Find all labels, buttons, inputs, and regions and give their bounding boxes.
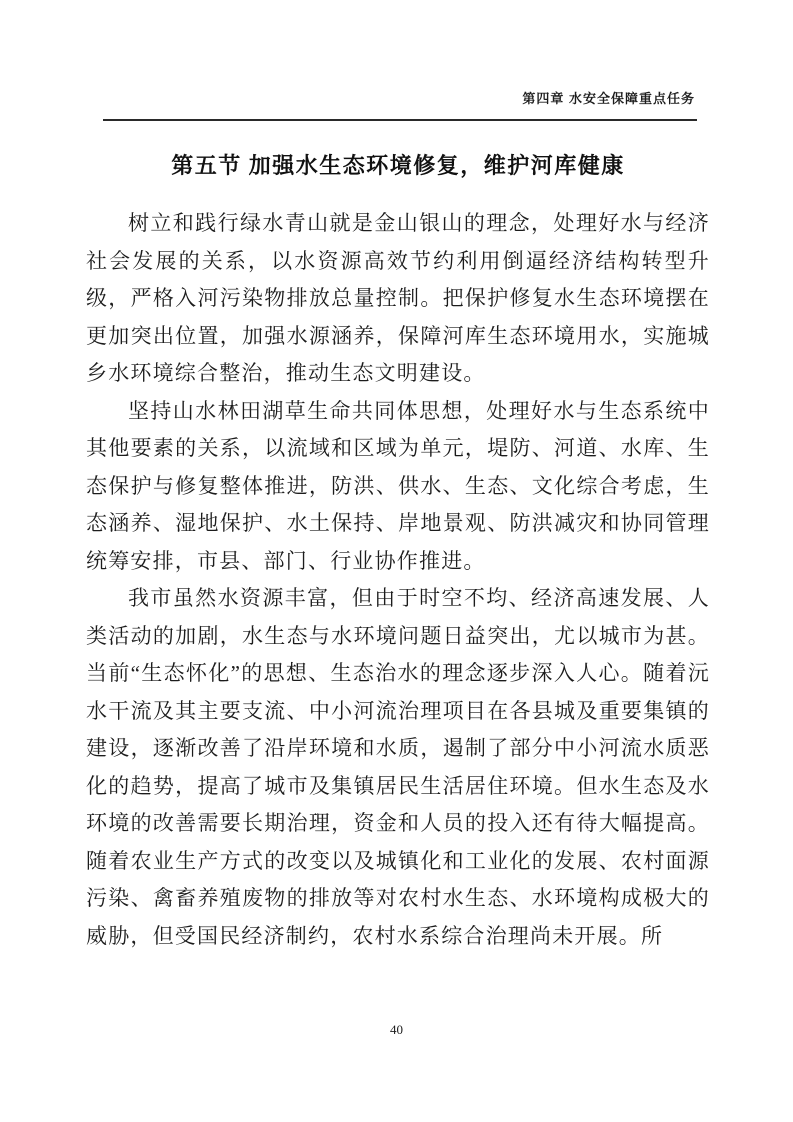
body-text-block: 树立和践行绿水青山就是金山银山的理念，处理好水与经济社会发展的关系，以水资源高效… (86, 205, 710, 955)
page-number: 40 (0, 1022, 793, 1038)
paragraph-2: 坚持山水林田湖草生命共同体思想，处理好水与生态系统中其他要素的关系，以流域和区域… (86, 393, 710, 581)
section-title: 第五节 加强水生态环境修复，维护河库健康 (86, 149, 710, 180)
paragraph-1: 树立和践行绿水青山就是金山银山的理念，处理好水与经济社会发展的关系，以水资源高效… (86, 205, 710, 393)
document-page: 第四章 水安全保障重点任务 第五节 加强水生态环境修复，维护河库健康 树立和践行… (0, 0, 793, 1122)
paragraph-3: 我市虽然水资源丰富，但由于时空不均、经济高速发展、人类活动的加剧，水生态与水环境… (86, 580, 710, 955)
running-header-chapter: 第四章 水安全保障重点任务 (103, 88, 695, 107)
header-rule-divider (103, 119, 697, 121)
